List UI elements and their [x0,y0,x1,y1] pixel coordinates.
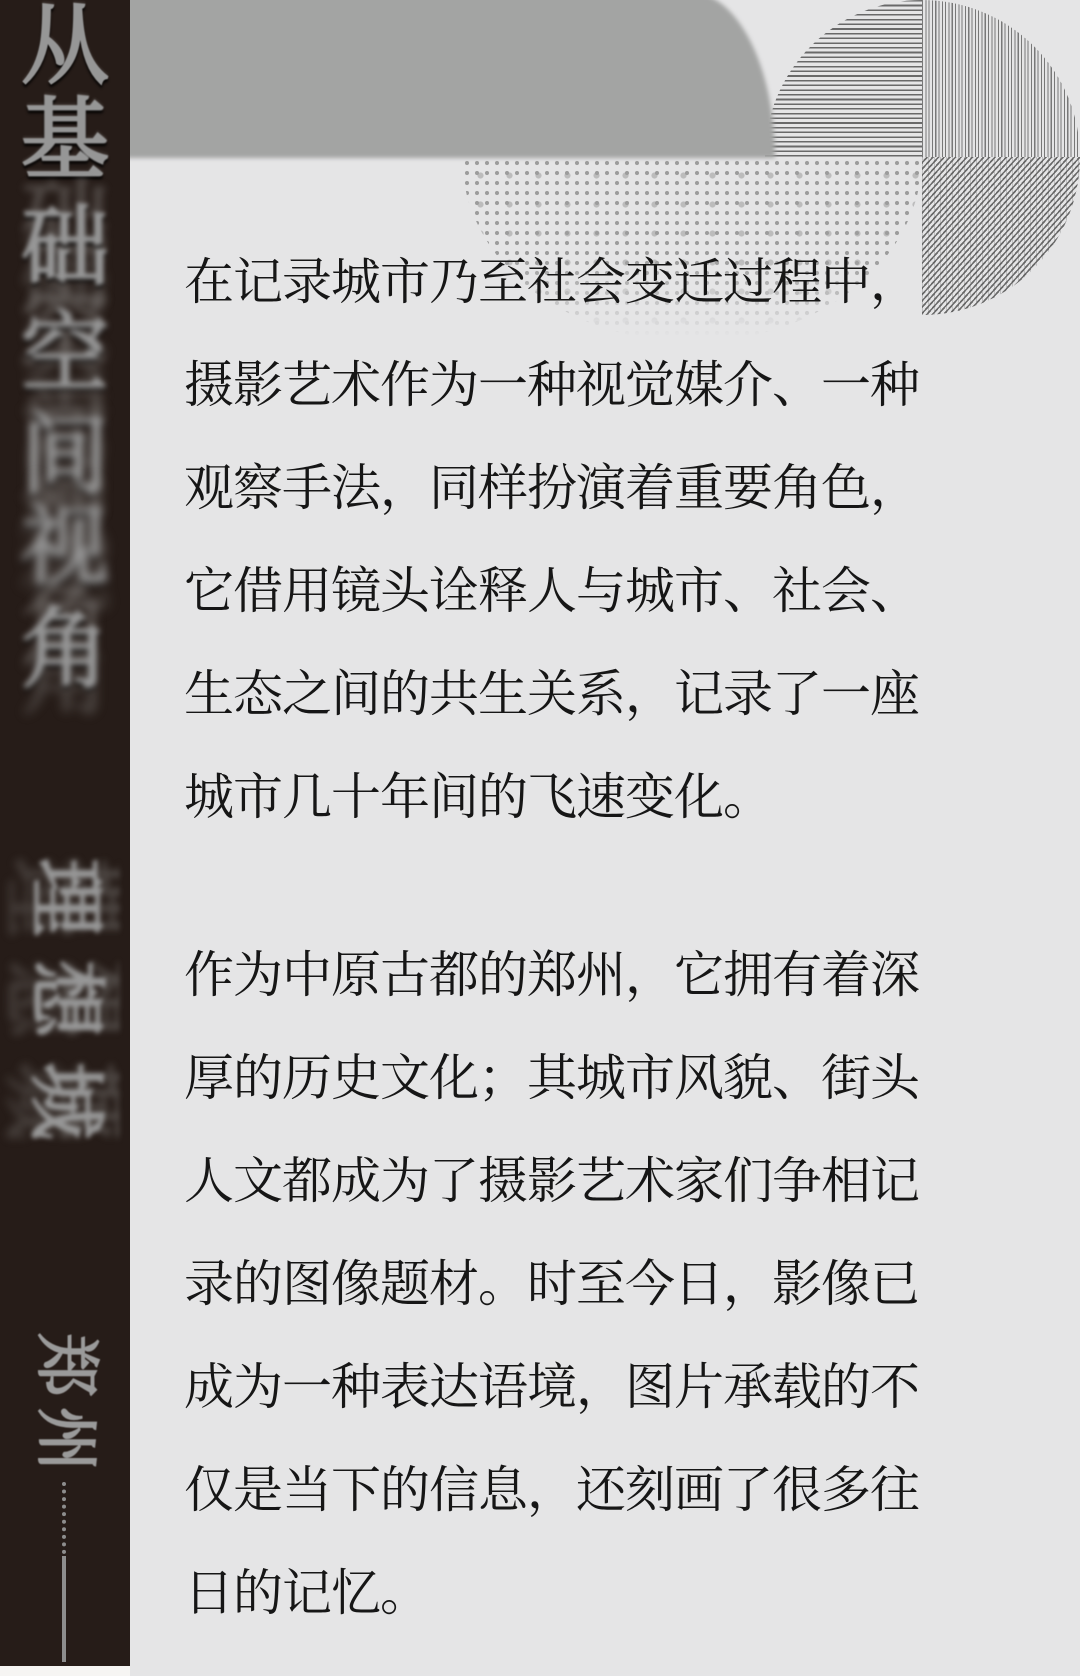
page-bottom-edge-strip [0,1666,130,1676]
poster-page: 从 基 础 空 间 视 角 理想城市 郑州 在记录城市乃至社会变迁过程中， 摄影… [0,0,1080,1676]
spine-title-char: 角 [0,608,130,696]
text-line: 它借用镜头诠释人与城市、社会、 [184,540,919,643]
text-line: 观察手法，同样扮演着重要角色， [184,437,919,540]
text-line: 在记录城市乃至社会变迁过程中， [184,231,919,334]
pattern-circle-diagonal-hatch-quadrant [922,157,1080,315]
spine-dash-dotted-segment [62,1482,66,1554]
text-line: 摄影艺术作为一种视觉媒介、一种 [184,334,919,437]
pattern-circle-horizontal-lines-quadrant [765,0,922,157]
spine-title-char: 视 [0,505,130,593]
text-line: 城市几十年间的飞速变化。 [184,746,919,849]
spine-title-char: 础 [0,206,130,294]
spine-city-name: 郑州 [0,1333,130,1493]
text-line: 生态之间的共生关系，记录了一座 [184,643,919,746]
text-line: 成为一种表达语境，图片承载的不 [184,1336,919,1439]
paragraph-1: 在记录城市乃至社会变迁过程中， 摄影艺术作为一种视觉媒介、一种 观察手法，同样扮… [184,231,919,849]
gray-curved-shape [120,0,775,158]
spine-title-char: 空 [0,312,130,400]
paragraph-2: 作为中原古都的郑州，它拥有着深 厚的历史文化；其城市风貌、街头 人文都成为了摄影… [184,924,919,1645]
text-line: 厚的历史文化；其城市风貌、街头 [184,1027,919,1130]
spine-title-char: 基 [0,98,130,186]
text-line: 日的记忆。 [184,1542,919,1645]
spine-dash-line [62,1556,66,1662]
spine-subtitle-ideal-city: 理想城市 [0,858,130,1258]
text-line: 作为中原古都的郑州，它拥有着深 [184,924,919,1027]
pattern-circle-vertical-lines-quadrant [922,0,1080,157]
spine-sidebar: 从 基 础 空 间 视 角 理想城市 郑州 [0,0,130,1666]
text-line: 仅是当下的信息，还刻画了很多往 [184,1439,919,1542]
text-line: 人文都成为了摄影艺术家们争相记 [184,1130,919,1233]
spine-title-char: 从 [0,4,130,92]
text-line: 录的图像题材。时至今日，影像已 [184,1233,919,1336]
spine-title-char: 间 [0,414,130,502]
